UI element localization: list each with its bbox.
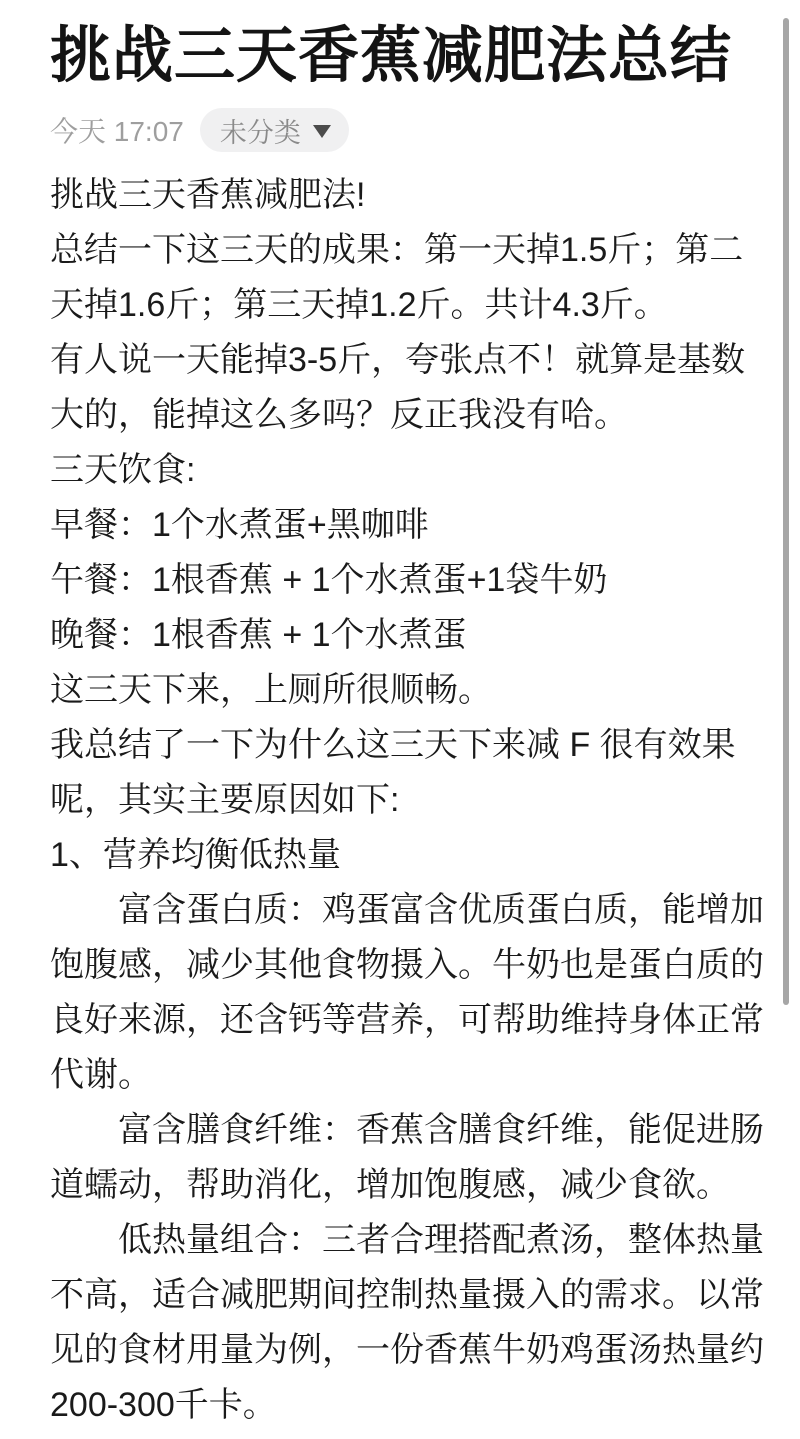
paragraph: 低热量组合：三者合理搭配煮汤，整体热量不高，适合减肥期间控制热量摄入的需求。以常… — [50, 1213, 766, 1433]
post-content: 挑战三天香蕉减肥法! 总结一下这三天的成果：第一天掉1.5斤；第二天掉1.6斤；… — [50, 168, 766, 1433]
paragraph: 有人说一天能掉3-5斤，夸张点不！就算是基数大的，能掉这么多吗？反正我没有哈。 — [50, 333, 766, 443]
note-page: 挑战三天香蕉减肥法总结 今天 17:07 未分类 挑战三天香蕉减肥法! 总结一下… — [0, 18, 800, 1433]
post-date: 今天 17:07 — [50, 110, 184, 150]
paragraph: 我总结了一下为什么这三天下来减 F 很有效果呢，其实主要原因如下: — [50, 718, 766, 828]
paragraph: 总结一下这三天的成果：第一天掉1.5斤；第二天掉1.6斤；第三天掉1.2斤。共计… — [50, 223, 766, 333]
category-badge[interactable]: 未分类 — [200, 108, 349, 152]
paragraph: 富含蛋白质：鸡蛋富含优质蛋白质，能增加饱腹感，减少其他食物摄入。牛奶也是蛋白质的… — [50, 883, 766, 1103]
paragraph: 晚餐：1根香蕉 + 1个水煮蛋 — [50, 608, 766, 663]
paragraph: 富含膳食纤维：香蕉含膳食纤维，能促进肠道蠕动，帮助消化，增加饱腹感，减少食欲。 — [50, 1103, 766, 1213]
paragraph: 1、营养均衡低热量 — [50, 828, 766, 883]
paragraph: 早餐：1个水煮蛋+黑咖啡 — [50, 498, 766, 553]
post-meta-row: 今天 17:07 未分类 — [50, 108, 766, 152]
post-title: 挑战三天香蕉减肥法总结 — [50, 18, 766, 92]
paragraph: 三天饮食: — [50, 443, 766, 498]
paragraph: 午餐：1根香蕉 + 1个水煮蛋+1袋牛奶 — [50, 553, 766, 608]
category-badge-label: 未分类 — [220, 111, 301, 150]
scrollbar[interactable] — [783, 18, 789, 1005]
chevron-down-icon — [313, 125, 331, 138]
paragraph: 这三天下来，上厕所很顺畅。 — [50, 663, 766, 718]
paragraph: 挑战三天香蕉减肥法! — [50, 168, 766, 223]
